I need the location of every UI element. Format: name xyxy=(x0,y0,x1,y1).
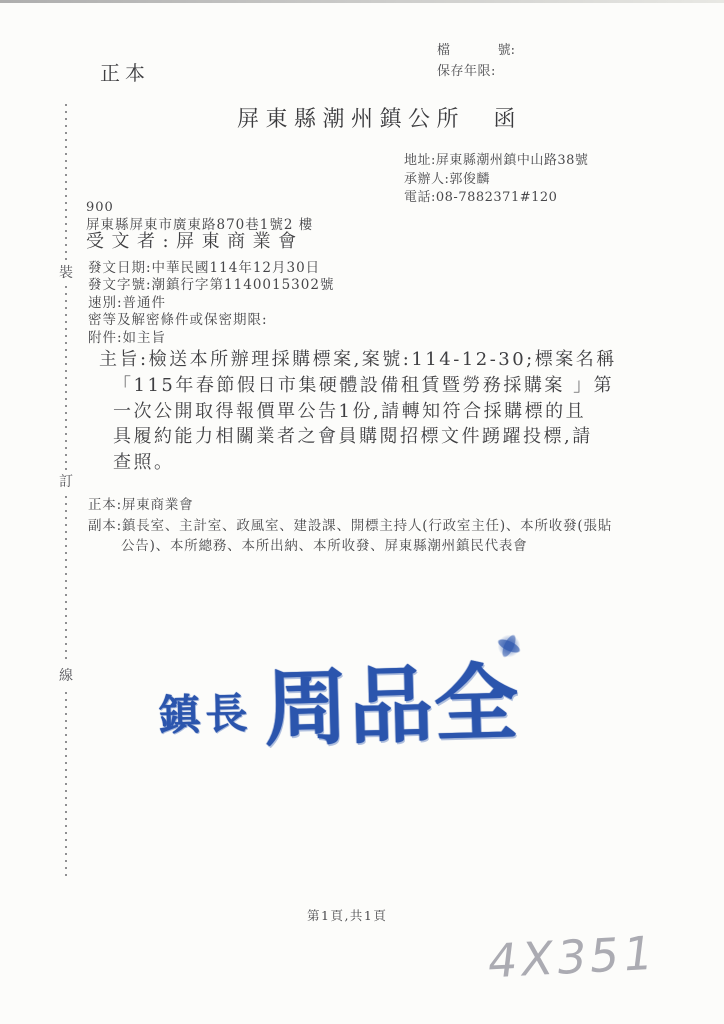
recipient-line: 受文者:屏東商業會 xyxy=(86,227,304,253)
file-number-label-right: 號: xyxy=(498,44,515,57)
binding-char-ding: 訂 xyxy=(57,470,75,494)
security-classification: 密等及解密條件或保密期限: xyxy=(88,312,334,329)
mayor-stamp-title: 鎮長 xyxy=(157,680,253,742)
subject-paragraph: 主旨:檢送本所辦理採購標案,案號:114-12-30;標案名稱 「115年春節假… xyxy=(99,347,659,476)
subject-line: 主旨:檢送本所辦理採購標案,案號:114-12-30;標案名稱 xyxy=(99,347,659,373)
subject-line: 具履約能力相關業者之會員購閱招標文件踴躍投標,請 xyxy=(99,424,659,450)
doc-number: 發文字號:潮鎮行字第1140015302號 xyxy=(88,277,334,294)
priority: 速別:普通件 xyxy=(88,295,334,312)
cc-recipients-line: 副本:鎮長室、主計室、政風室、建設課、開標主持人(行政室主任)、本所收發(張貼 xyxy=(88,516,612,537)
binding-char-xian: 線 xyxy=(57,664,75,688)
file-number-row: 檔 號: xyxy=(437,44,515,57)
copy-type-label: 正本 xyxy=(100,57,150,86)
sender-address: 地址:屏東縣潮州鎮中山路38號 xyxy=(404,152,588,171)
scanned-letter-page: 裝 訂 線 正本 檔 號: 保存年限: 屏東縣潮州鎮公所 函 地址:屏東縣潮州鎮… xyxy=(0,0,724,1024)
subject-line: 「115年春節假日市集硬體設備租賃暨勞務採購案 」第 xyxy=(99,373,659,399)
subject-line: 查照。 xyxy=(99,450,659,476)
file-number-label-left: 檔 xyxy=(437,44,450,57)
sender-phone: 電話:08-7882371#120 xyxy=(404,189,588,208)
file-number-block: 檔 號: 保存年限: xyxy=(437,44,515,78)
pencil-handwriting: 4X351 xyxy=(485,925,660,988)
page-number-footer: 第1頁,共1頁 xyxy=(307,906,387,924)
document-meta-block: 發文日期:中華民國114年12月30日 發文字號:潮鎮行字第1140015302… xyxy=(88,260,334,347)
issue-date: 發文日期:中華民國114年12月30日 xyxy=(88,260,334,277)
copies-block: 正本:屏東商業會 副本:鎮長室、主計室、政風室、建設課、開標主持人(行政室主任)… xyxy=(88,495,612,557)
mayor-stamp: 鎮長 周品全 xyxy=(156,623,540,778)
binding-char-zhuang: 裝 xyxy=(57,261,75,285)
cc-recipients-line: 公告)、本所總務、本所出納、本所收發、屏東縣潮州鎮民代表會 xyxy=(88,536,612,557)
original-copy-recipients: 正本:屏東商業會 xyxy=(88,495,612,516)
sender-contact-person: 承辦人:郭俊麟 xyxy=(404,171,588,190)
subject-line: 一次公開取得報價單公告1份,請轉知符合採購標的且 xyxy=(99,399,659,425)
sender-contact-block: 地址:屏東縣潮州鎮中山路38號 承辦人:郭俊麟 電話:08-7882371#12… xyxy=(404,152,588,208)
retention-period-label: 保存年限: xyxy=(437,65,515,78)
attachment-note: 附件:如主旨 xyxy=(88,330,334,347)
document-title: 屏東縣潮州鎮公所 函 xyxy=(237,102,522,133)
scan-top-edge-artifact xyxy=(0,0,724,3)
